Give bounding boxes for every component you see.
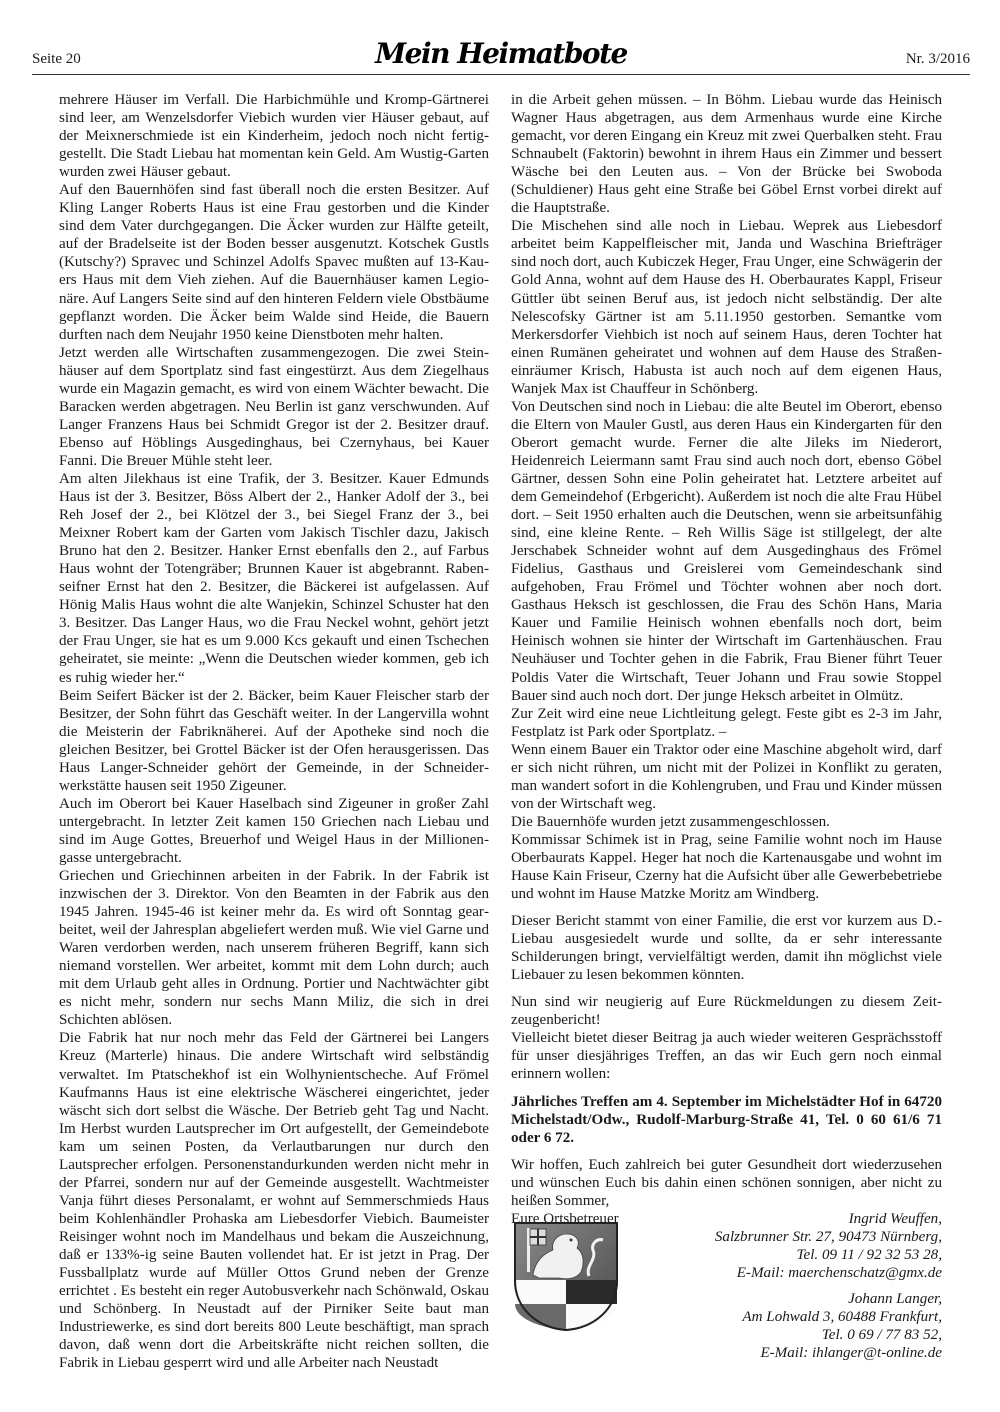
contact-email: E-Mail: ihlanger@t-online.de (715, 1344, 942, 1362)
masthead-logo: Mein Heimatbote (375, 37, 627, 70)
paragraph: Wenn einem Bauer ein Traktor oder eine M… (511, 741, 942, 813)
contact-card: Ingrid Weuffen, Salzbrunner Str. 27, 904… (715, 1210, 942, 1282)
left-column: mehrere Häuser im Verfall. Die Harbichmü… (59, 91, 489, 1372)
meeting-invitation-text: Vielleicht bietet dieser Beitrag ja auch… (511, 1029, 942, 1083)
paragraph: Die Fabrik hat nur noch mehr das Feld de… (59, 1029, 489, 1372)
paragraph: Beim Seifert Bäcker ist der 2. Bäcker, b… (59, 687, 489, 795)
paragraph: in die Arbeit gehen müssen. – In Böhm. L… (511, 91, 942, 217)
paragraph: Auch im Oberort bei Kauer Haselbach sind… (59, 795, 489, 867)
paragraph: Am alten Jilekhaus ist eine Trafik, der … (59, 470, 489, 687)
feedback-request: Nun sind wir neugierig auf Eure Rückmeld… (511, 993, 942, 1029)
contact-card: Johann Langer, Am Lohwald 3, 60488 Frank… (715, 1290, 942, 1362)
paragraph: Kommissar Schimek ist in Prag, seine Fam… (511, 831, 942, 903)
contact-phone: Tel. 0 69 / 77 83 52, (715, 1326, 942, 1344)
report-note: Dieser Bericht stammt von einer Familie,… (511, 912, 942, 984)
closing-wishes: Wir hoffen, Euch zahlreich bei guter Ges… (511, 1156, 942, 1210)
contact-name: Ingrid Weuffen, (715, 1210, 942, 1228)
contact-list: Ingrid Weuffen, Salzbrunner Str. 27, 904… (715, 1210, 942, 1362)
page-number: Seite 20 (32, 51, 81, 68)
annual-meeting-notice: Jährliches Treffen am 4. September im Mi… (511, 1093, 942, 1147)
paragraph: Die Mischehen sind alle noch in Liebau. … (511, 217, 942, 397)
newsletter-page: Seite 20 Mein Heimatbote Nr. 3/2016 mehr… (0, 0, 1000, 1412)
contact-name: Johann Langer, (715, 1290, 942, 1308)
issue-number: Nr. 3/2016 (906, 51, 970, 68)
coat-of-arms-icon (511, 1220, 621, 1332)
contact-email: E-Mail: maerchenschatz@gmx.de (715, 1264, 942, 1282)
paragraph: Auf den Bauernhöfen sind fast überall no… (59, 181, 489, 343)
paragraph: Griechen und Griechinnen arbeiten in der… (59, 867, 489, 1029)
contact-address: Am Lohwald 3, 60488 Frankfurt, (715, 1308, 942, 1326)
paragraph: Jetzt werden alle Wirtschaften zusammeng… (59, 344, 489, 470)
contact-address: Salzbrunner Str. 27, 90473 Nürnberg, (715, 1228, 942, 1246)
signature-area: Eure Ortsbetreuer (511, 1210, 942, 1360)
paragraph: Zur Zeit wird eine neue Lichtleitung gel… (511, 705, 942, 741)
contact-phone: Tel. 09 11 / 92 32 53 28, (715, 1246, 942, 1264)
paragraph: mehrere Häuser im Verfall. Die Harbichmü… (59, 91, 489, 181)
page-header: Seite 20 Mein Heimatbote Nr. 3/2016 (32, 22, 970, 75)
paragraph: Von Deutschen sind noch in Liebau: die a… (511, 398, 942, 705)
right-column: in die Arbeit gehen müssen. – In Böhm. L… (511, 91, 942, 1360)
paragraph: Die Bauernhöfe wurden jetzt zusammengesc… (511, 813, 942, 831)
